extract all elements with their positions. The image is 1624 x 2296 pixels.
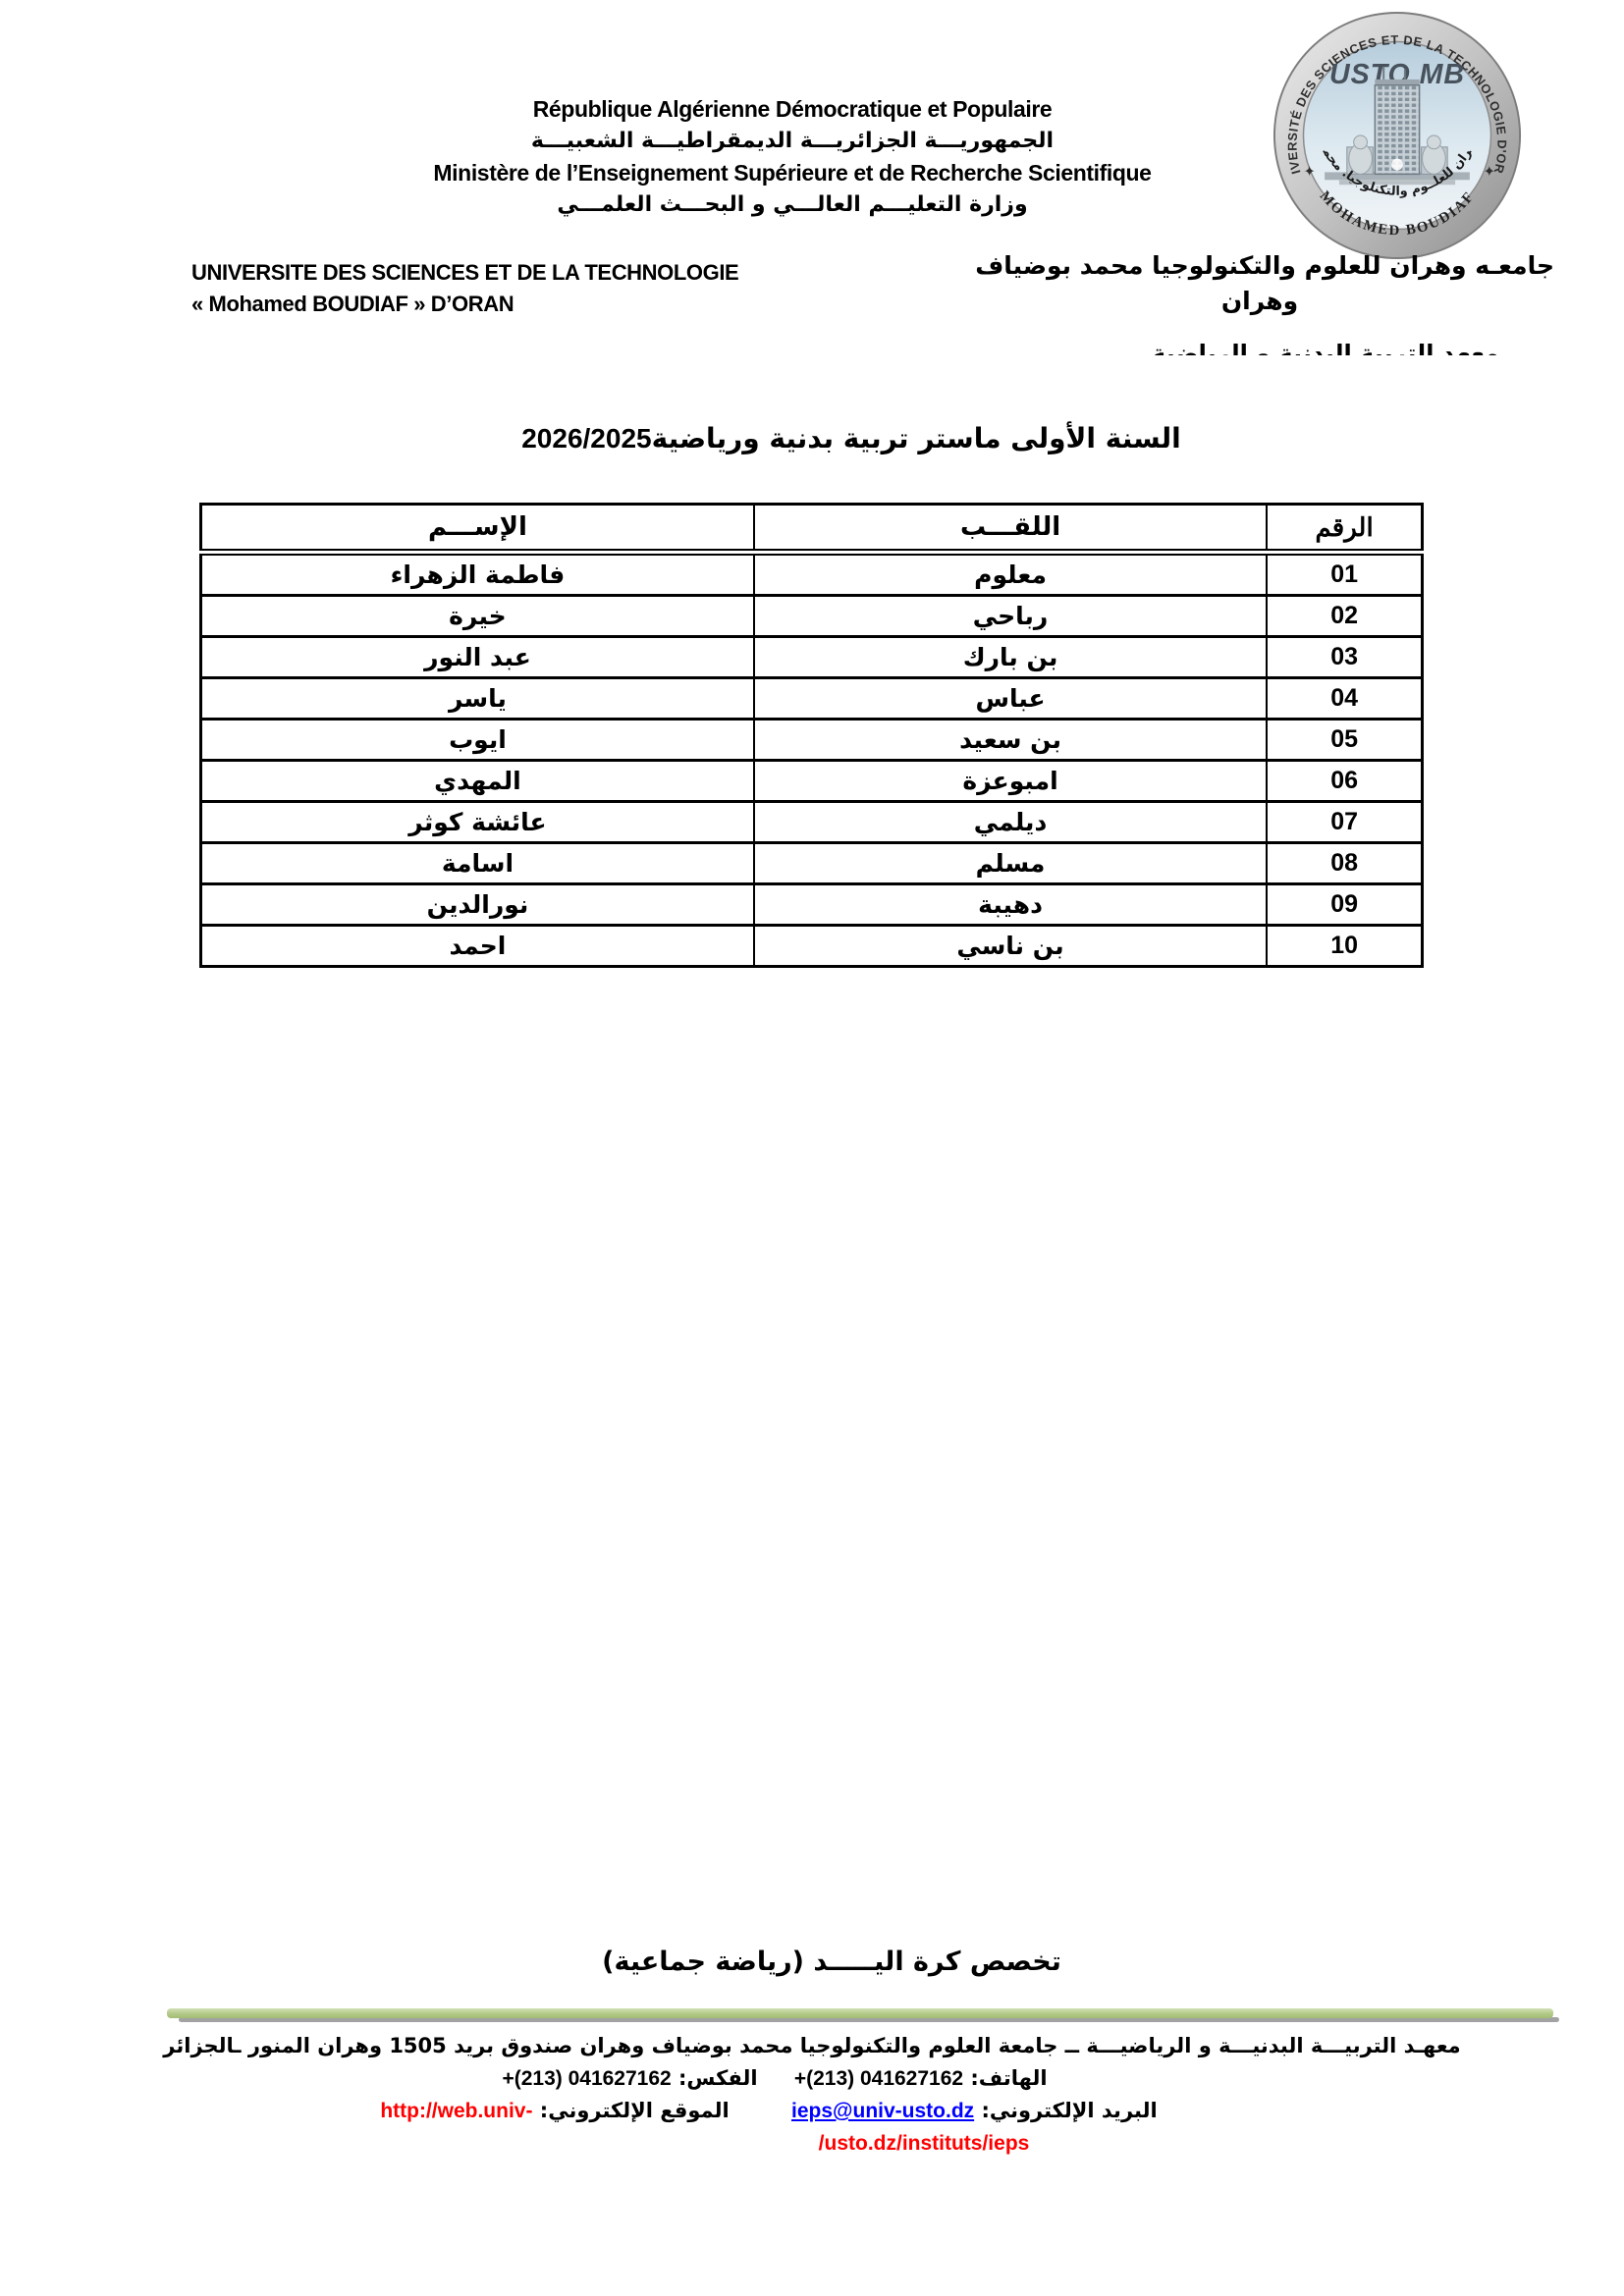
students-table: الرقم اللقـــب الإســـم 01معلومفاطمة الز… (199, 503, 1424, 968)
website-link-continuation[interactable]: /usto.dz/instituts/ieps (819, 2132, 1030, 2155)
cell-num: 10 (1267, 926, 1422, 967)
cell-surname: ديلمي (754, 802, 1267, 843)
email-label: البريد الإلكتروني: (981, 2099, 1157, 2122)
cell-firstname: نورالدين (201, 884, 754, 926)
cell-num: 01 (1267, 553, 1422, 596)
cell-surname: رباحي (754, 596, 1267, 637)
phone-block: الهاتف: +(213) 041627162 (794, 2066, 1048, 2090)
university-fr-line1: UNIVERSITE DES SCIENCES ET DE LA TECHNOL… (191, 257, 800, 289)
republic-header: République Algérienne Démocratique et Po… (174, 93, 1411, 221)
star-left-icon: ✦ (1303, 163, 1315, 180)
footer-divider-bar (167, 2008, 1553, 2018)
university-name-fr: UNIVERSITE DES SCIENCES ET DE LA TECHNOL… (191, 257, 800, 320)
cell-surname: بن ناسي (754, 926, 1267, 967)
students-table-body: 01معلومفاطمة الزهراء02رباحيخيرة03بن بارك… (201, 553, 1423, 967)
cell-num: 06 (1267, 761, 1422, 802)
cell-surname: مسلم (754, 843, 1267, 884)
university-fr-line2: « Mohamed BOUDIAF » D’ORAN (191, 289, 800, 320)
cell-num: 09 (1267, 884, 1422, 926)
cell-num: 07 (1267, 802, 1422, 843)
table-row: 06امبوعزةالمهدي (201, 761, 1423, 802)
university-ar-line2: وهران (965, 284, 1554, 319)
cell-firstname: اسامة (201, 843, 754, 884)
title-year: 2026/2025 (521, 423, 651, 454)
fax-label: الفكس: (678, 2066, 758, 2090)
footer: معهـد التربيـــة البدنيـــة و الرياضيـــ… (137, 2030, 1487, 2160)
republic-line-ar: الجمهوريـــة الجزائريـــة الديمقراطيـــة… (174, 125, 1411, 157)
star-right-icon: ✦ (1484, 163, 1495, 180)
table-row: 03بن باركعبد النور (201, 637, 1423, 678)
page-title: السنة الأولى ماستر تربية بدنية ورياضية20… (222, 422, 1459, 454)
university-seal-icon: UNIVERSITÉ DES SCIENCES ET DE LA TECHNOL… (1269, 10, 1526, 261)
cell-firstname: عائشة كوثر (201, 802, 754, 843)
fax-number: +(213) 041627162 (502, 2067, 671, 2090)
cell-num: 03 (1267, 637, 1422, 678)
cell-firstname: فاطمة الزهراء (201, 553, 754, 596)
website-link-line2: /usto.dz/instituts/ieps (249, 2127, 1598, 2160)
cell-surname: معلوم (754, 553, 1267, 596)
title-arabic: السنة الأولى ماستر تربية بدنية ورياضية (652, 422, 1181, 454)
website-label: الموقع الإلكتروني: (540, 2099, 730, 2122)
table-row: 08مسلماسامة (201, 843, 1423, 884)
table-row: 01معلومفاطمة الزهراء (201, 553, 1423, 596)
header-cell-firstname: الإســـم (201, 505, 754, 553)
cell-firstname: المهدي (201, 761, 754, 802)
table-row: 05بن سعيدايوب (201, 720, 1423, 761)
cell-firstname: احمد (201, 926, 754, 967)
website-link[interactable]: http://web.univ- (380, 2100, 532, 2122)
cell-surname: بن سعيد (754, 720, 1267, 761)
table-row: 02رباحيخيرة (201, 596, 1423, 637)
cell-firstname: ياسر (201, 678, 754, 720)
phone-number: +(213) 041627162 (794, 2067, 963, 2090)
phone-label: الهاتف: (970, 2066, 1047, 2090)
cell-surname: امبوعزة (754, 761, 1267, 802)
university-logo: UNIVERSITÉ DES SCIENCES ET DE LA TECHNOL… (1269, 10, 1526, 261)
cell-surname: دهيبة (754, 884, 1267, 926)
cell-firstname: عبد النور (201, 637, 754, 678)
table-row: 09دهيبةنورالدين (201, 884, 1423, 926)
university-ar-line1: جامعـه وهران للعلوم والتكنولوجيا محمد بو… (965, 248, 1554, 284)
footer-phones-line: الهاتف: +(213) 041627162 الفكس: +(213) 0… (100, 2062, 1449, 2095)
fax-block: الفكس: +(213) 041627162 (502, 2066, 757, 2090)
email-link[interactable]: ieps@univ-usto.dz (791, 2100, 974, 2122)
republic-line-fr: République Algérienne Démocratique et Po… (174, 93, 1411, 125)
cell-num: 08 (1267, 843, 1422, 884)
cell-firstname: ايوب (201, 720, 754, 761)
specialty-note: تخصص كرة اليـــــد (رياضة جماعية) (213, 1947, 1450, 1977)
institute-name-clipped: معهد التربية البدنية و الرياضية (1100, 339, 1551, 355)
table-row: 04عباسياسر (201, 678, 1423, 720)
ministry-line-ar: وزارة التعليـــم العالـــي و البحـــث ال… (174, 188, 1411, 221)
table-header-row: الرقم اللقـــب الإســـم (201, 505, 1423, 553)
ministry-line-fr: Ministère de l’Enseignement Supérieure e… (174, 157, 1411, 188)
university-name-ar: جامعـه وهران للعلوم والتكنولوجيا محمد بو… (965, 248, 1554, 319)
footer-address: معهـد التربيـــة البدنيـــة و الرياضيـــ… (137, 2030, 1487, 2062)
cell-surname: عباس (754, 678, 1267, 720)
cell-num: 02 (1267, 596, 1422, 637)
header-cell-num: الرقم (1267, 505, 1422, 553)
document-page: République Algérienne Démocratique et Po… (0, 0, 1624, 2296)
light-glow-icon (1391, 159, 1403, 171)
cell-firstname: خيرة (201, 596, 754, 637)
cell-num: 05 (1267, 720, 1422, 761)
email-block: البريد الإلكتروني: ieps@univ-usto.dz (791, 2099, 1158, 2122)
cell-surname: بن بارك (754, 637, 1267, 678)
footer-weblinks-line: البريد الإلكتروني: ieps@univ-usto.dz الم… (94, 2095, 1443, 2127)
website-block: الموقع الإلكتروني: http://web.univ- (380, 2099, 729, 2122)
table-row: 10بن ناسياحمد (201, 926, 1423, 967)
cell-num: 04 (1267, 678, 1422, 720)
table-row: 07ديلميعائشة كوثر (201, 802, 1423, 843)
header-cell-surname: اللقـــب (754, 505, 1267, 553)
